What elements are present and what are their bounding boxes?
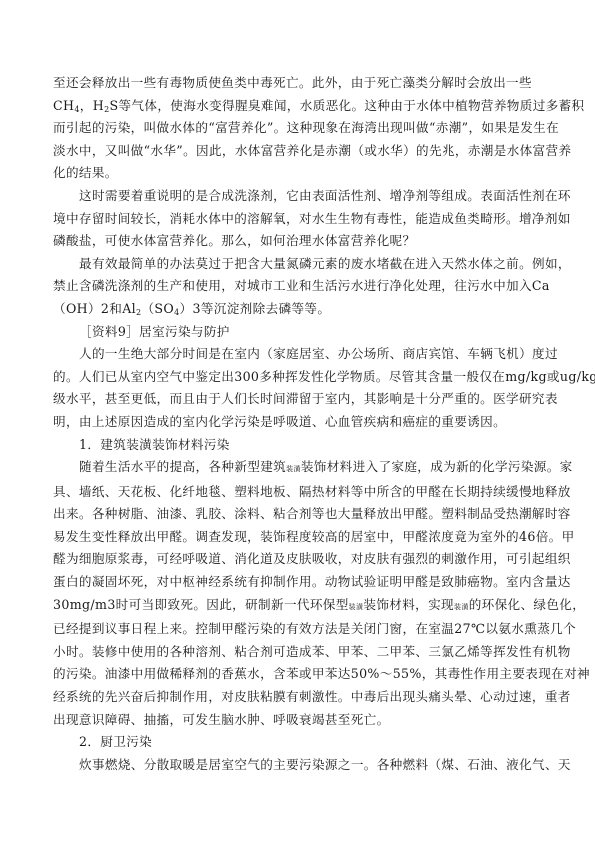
subsection-heading: 1．建筑装潢装饰材料污染 [53,434,549,457]
text-line: 境中存留时间较长，消耗水体中的溶解氧，对水生生物有毒性，能造成鱼类畸形。增净剂如 [53,208,549,231]
text-line: 醛为细胞原浆毒，可经呼吸道、消化道及皮肤吸收，对皮肤有强烈的刺激作用，可引起组织 [53,548,549,571]
text-line: 易发生变性释放出甲醛。调查发现，装饰程度较高的居室中，甲醛浓度竟为室外的46倍。… [53,526,549,549]
text-line: CH4，H2S等气体，使海水变得腥臭难闻，水质恶化。这种由于水体中植物营养物质过… [53,95,549,118]
text-line: 经系统的先兴奋后抑制作用，对皮肤粘膜有刺激性。中毒后出现头痛头晕、心动过速，重者 [53,686,549,709]
text-line: 的。人们已从室内空气中鉴定出300多种挥发性化学物质。尽管其含量一般仅在mg/k… [53,366,549,389]
text-line: 出现意识障碍、抽搐，可发生脑水肿、呼吸衰竭甚至死亡。 [53,709,549,732]
text-line: 禁止含磷洗涤剂的生产和使用，对城市工业和生活污水进行净化处理，往污水中加入Ca [53,275,549,298]
text-line: （OH）2和Al2（SO4）3等沉淀剂除去磷等等。 [53,298,549,321]
text-line: 具、墙纸、天花板、化纤地毯、塑料地板、隔热材料等中所含的甲醛在长期持续缓慢地释放 [53,481,549,504]
text-line: 级水平，甚至更低，而且由于人们长时间滞留于室内，其影响是十分严重的。医学研究表 [53,388,549,411]
section-heading: ［资料9］居室污染与防护 [53,321,549,344]
text-line: 磷酸盐，可使水体富营养化。那么，如何治理水体富营养化呢？ [53,230,549,253]
text-line: 至还会释放出一些有毒物质使鱼类中毒死亡。此外，由于死亡藻类分解时会放出一些 [53,72,549,95]
paragraph-start: 最有效最简单的办法莫过于把含大量氮磷元素的废水堵截在进入天然水体之前。例如， [53,253,549,276]
paragraph-start: 人的一生绝大部分时间是在室内（家庭居室、办公场所、商店宾馆、车辆飞机）度过 [53,343,549,366]
text-line: 小时。装修中使用的各种溶剂、粘合剂可造成苯、甲苯、二甲苯、三氯乙烯等挥发性有机物 [53,641,549,664]
paragraph-start: 随着生活水平的提高，各种新型建筑装潢装饰材料进入了家庭，成为新的化学污染源。家 [53,456,549,481]
text-line: 30mg/m3时可当即致死。因此，研制新一代环保型装潢装饰材料，实现装潢的环保化… [53,594,549,619]
subsection-heading: 2．厨卫污染 [53,731,549,754]
paragraph-start: 炊事燃烧、分散取暖是居室空气的主要污染源之一。各种燃料（煤、石油、液化气、天 [53,754,549,777]
text-line: 化的结果。 [53,162,549,185]
text-line: 出来。各种树脂、油漆、乳胶、涂料、粘合剂等也大量释放出甲醛。塑料制品受热潮解时容 [53,503,549,526]
paragraph-start: 这时需要着重说明的是合成洗涤剂，它由表面活性剂、增净剂等组成。表面活性剂在环 [53,185,549,208]
text-line: 蛋白的凝固坏死，对中枢神经系统有抑制作用。动物试验证明甲醛是致肺癌物。室内含量达 [53,571,549,594]
text-line: 的污染。油漆中用做稀释剂的香蕉水，含苯或甲苯达50%～55%，其毒性作用主要表现… [53,663,549,686]
document-page: 至还会释放出一些有毒物质使鱼类中毒死亡。此外，由于死亡藻类分解时会放出一些 CH… [53,72,549,776]
text-line: 明，由上述原因造成的室内化学污染是呼吸道、心血管疾病和癌症的重要诱因。 [53,411,549,434]
text-line: 淡水中，又叫做“水华”。因此，水体富营养化是赤潮（或水华）的先兆，赤潮是水体富营… [53,140,549,163]
text-line: 而引起的污染，叫做水体的“富营养化”。这种现象在海湾出现叫做“赤潮”，如果是发生… [53,117,549,140]
text-line: 已经提到议事日程上来。控制甲醛污染的有效方法是关闭门窗，在室温27℃以氨水熏蒸几… [53,618,549,641]
